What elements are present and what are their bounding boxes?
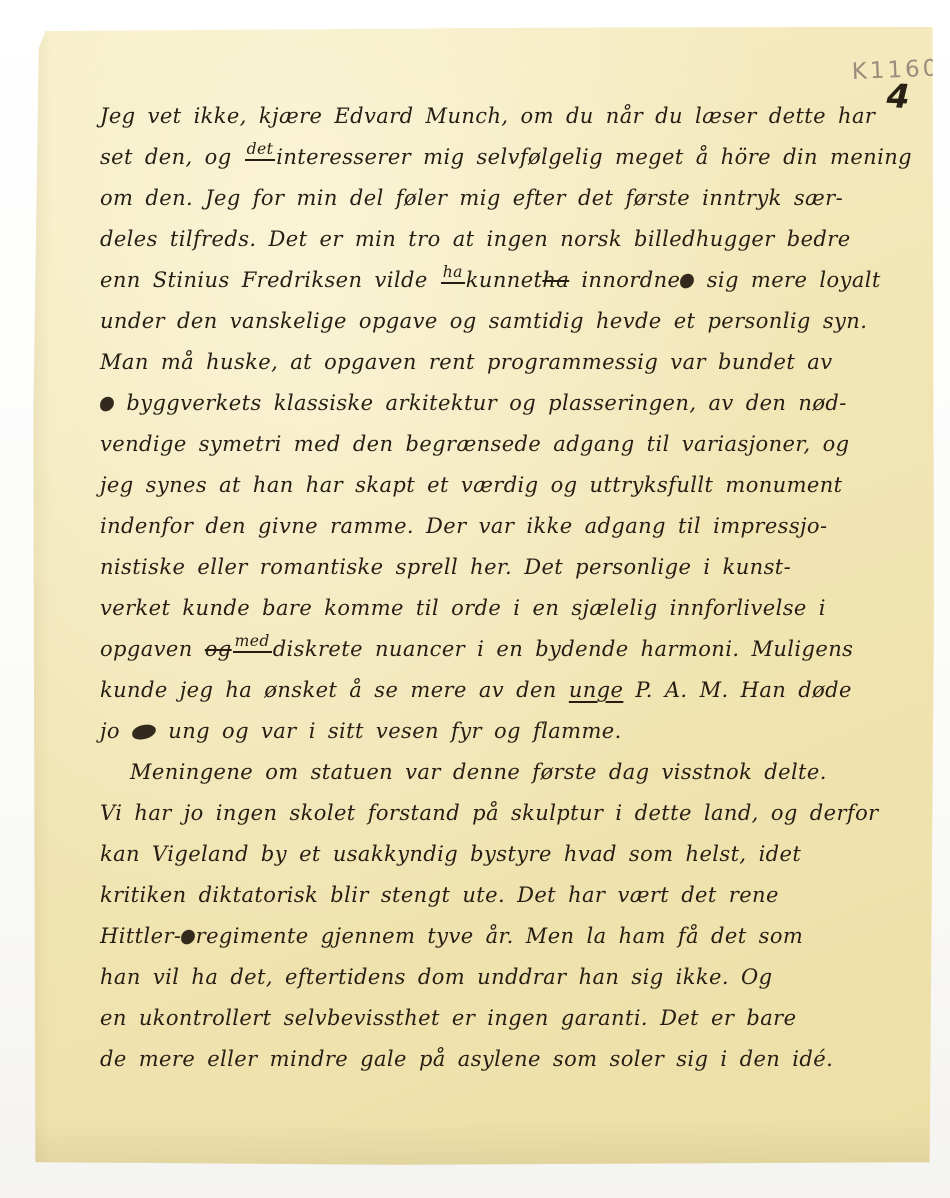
letter-line: vendige symetri med den begrænsede adgan… bbox=[100, 424, 890, 465]
struck-word: og bbox=[205, 637, 232, 661]
scribbled-out-word bbox=[132, 722, 156, 741]
letter-text: under den vanskelige opgave og samtidig … bbox=[100, 309, 867, 333]
letter-text: han vil ha det, eftertidens dom unddrar … bbox=[100, 965, 772, 989]
letter-line: jeg synes at han har skapt et værdig og … bbox=[100, 465, 890, 506]
letter-text: sig mere loyalt bbox=[707, 268, 881, 292]
letter-text: nistiske eller romantiske sprell her. De… bbox=[100, 555, 791, 579]
letter-text: jeg synes at han har skapt et værdig og … bbox=[100, 473, 843, 497]
letter-body: Jeg vet ikke, kjære Edvard Munch, om du … bbox=[100, 96, 890, 1080]
letter-text: jo bbox=[100, 719, 120, 743]
scribbled-out-word bbox=[181, 928, 196, 945]
letter-text: interesserer mig selvfølgelig meget å hö… bbox=[276, 145, 912, 169]
scribbled-out-word bbox=[680, 272, 695, 289]
letter-line: deles tilfreds. Det er min tro at ingen … bbox=[100, 219, 890, 260]
letter-line: jo ung og var i sitt vesen fyr og flamme… bbox=[100, 711, 890, 752]
letter-text: Meningene om statuen var denne første da… bbox=[130, 760, 827, 784]
letter-text: deles tilfreds. Det er min tro at ingen … bbox=[100, 227, 851, 251]
letter-line: kunde jeg ha ønsket å se mere av den ung… bbox=[100, 670, 890, 711]
letter-line: de mere eller mindre gale på asylene som… bbox=[100, 1039, 890, 1080]
letter-text: byggverkets klassiske arkitektur og plas… bbox=[126, 391, 846, 415]
letter-line: en ukontrollert selvbevissthet er ingen … bbox=[100, 998, 890, 1039]
letter-text: om den. Jeg for min del føler mig efter … bbox=[100, 186, 843, 210]
letter-line: Vi har jo ingen skolet forstand på skulp… bbox=[100, 793, 890, 834]
letter-line: byggverkets klassiske arkitektur og plas… bbox=[100, 383, 890, 424]
letter-text: kunde jeg ha ønsket å se mere av den bbox=[100, 678, 557, 702]
letter-line: om den. Jeg for min del føler mig efter … bbox=[100, 178, 890, 219]
letter-text: de mere eller mindre gale på asylene som… bbox=[100, 1047, 833, 1071]
letter-text: diskrete nuancer i en bydende harmoni. M… bbox=[273, 637, 854, 661]
underlined-word: unge bbox=[569, 678, 624, 702]
letter-line: set den, og detinteresserer mig selvfølg… bbox=[100, 137, 890, 178]
letter-text: set den, og bbox=[100, 145, 232, 169]
letter-line: nistiske eller romantiske sprell her. De… bbox=[100, 547, 890, 588]
struck-word: ha bbox=[542, 268, 569, 292]
letter-line: han vil ha det, eftertidens dom unddrar … bbox=[100, 957, 890, 998]
letter-line: verket kunde bare komme til orde i en sj… bbox=[100, 588, 890, 629]
letter-line: opgaven ogmeddiskrete nuancer i en byden… bbox=[100, 629, 890, 670]
letter-text: Vi har jo ingen skolet forstand på skulp… bbox=[100, 801, 879, 825]
letter-text: regimente gjennem tyve år. Men la ham få… bbox=[196, 924, 804, 948]
letter-text: vendige symetri med den begrænsede adgan… bbox=[100, 432, 850, 456]
letter-line: enn Stinius Fredriksen vilde hakunnetha … bbox=[100, 260, 890, 301]
letter-text: Man må huske, at opgaven rent programmes… bbox=[100, 350, 832, 374]
letter-text: Jeg vet ikke, kjære Edvard Munch, om du … bbox=[100, 104, 875, 128]
letter-text: kritiken diktatorisk blir stengt ute. De… bbox=[100, 883, 779, 907]
letter-text: ung og var i sitt vesen fyr og flamme. bbox=[168, 719, 621, 743]
letter-line: under den vanskelige opgave og samtidig … bbox=[100, 301, 890, 342]
letter-line: Man må huske, at opgaven rent programmes… bbox=[100, 342, 890, 383]
letter-line: kan Vigeland by et usakkyndig bystyre hv… bbox=[100, 834, 890, 875]
inserted-word: det bbox=[245, 142, 276, 161]
letter-text: opgaven bbox=[100, 637, 193, 661]
scan-background: K1160-4 4 Jeg vet ikke, kjære Edvard Mun… bbox=[0, 0, 950, 1198]
letter-text: verket kunde bare komme til orde i en sj… bbox=[100, 596, 826, 620]
letter-line: Meningene om statuen var denne første da… bbox=[100, 752, 890, 793]
letter-line: kritiken diktatorisk blir stengt ute. De… bbox=[100, 875, 890, 916]
letter-text: kan Vigeland by et usakkyndig bystyre hv… bbox=[100, 842, 801, 866]
letter-text: enn Stinius Fredriksen vilde bbox=[100, 268, 428, 292]
scribbled-out-word bbox=[100, 395, 115, 412]
letter-line: Hittler-regimente gjennem tyve år. Men l… bbox=[100, 916, 890, 957]
inserted-word: ha bbox=[441, 265, 465, 284]
letter-text: en ukontrollert selvbevissthet er ingen … bbox=[100, 1006, 796, 1030]
letter-text: indenfor den givne ramme. Der var ikke a… bbox=[100, 514, 827, 538]
letter-text: kunnet bbox=[466, 268, 543, 292]
letter-text: innordne bbox=[581, 268, 680, 292]
letter-line: Jeg vet ikke, kjære Edvard Munch, om du … bbox=[100, 96, 890, 137]
letter-text: Hittler- bbox=[100, 924, 181, 948]
inserted-word: med bbox=[233, 634, 272, 653]
letter-line: indenfor den givne ramme. Der var ikke a… bbox=[100, 506, 890, 547]
letter-text: P. A. M. Han døde bbox=[635, 678, 851, 702]
